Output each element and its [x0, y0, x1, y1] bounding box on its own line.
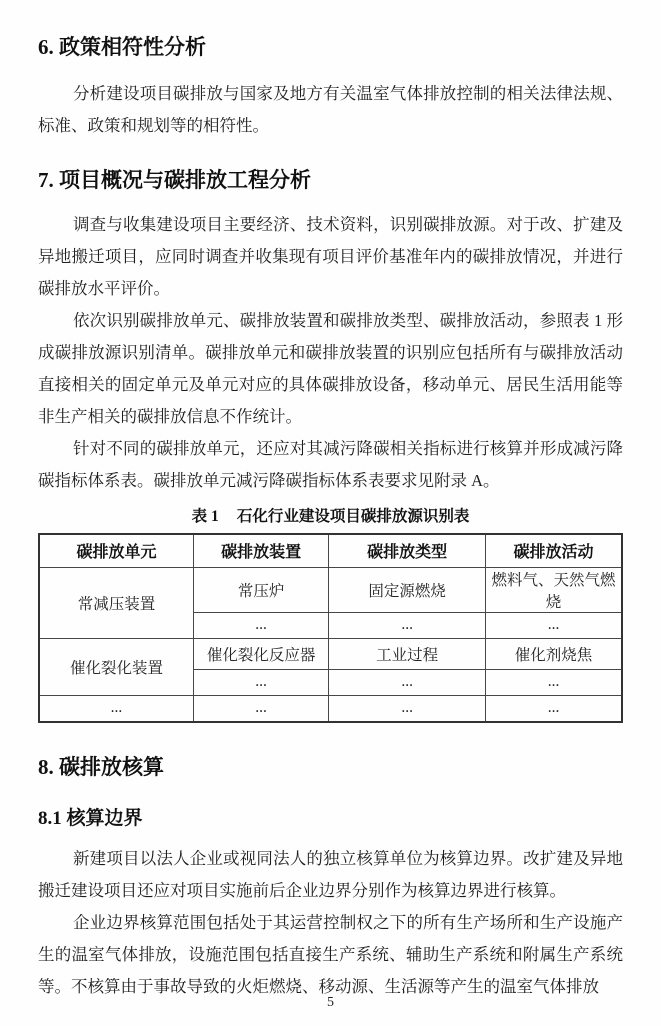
page-number: 5 — [0, 995, 661, 1011]
table-row: 催化裂化装置 催化裂化反应器 工业过程 催化剂烧焦 — [39, 638, 622, 669]
cell-type: ... — [329, 669, 486, 695]
cell-activity: ... — [486, 695, 622, 722]
section-8-1-paragraph-1: 新建项目以法人企业或视同法人的独立核算单位为核算边界。改扩建及异地搬迁建设项目还… — [38, 843, 623, 907]
column-header-device: 碳排放装置 — [193, 534, 328, 567]
cell-unit: ... — [39, 695, 193, 722]
table-1-caption-title: 石化行业建设项目碳排放源识别表 — [237, 508, 470, 525]
section-8-1-paragraph-2: 企业边界核算范围包括处于其运营控制权之下的所有生产场所和生产设施产生的温室气体排… — [38, 907, 623, 1003]
cell-type: ... — [329, 612, 486, 638]
cell-unit-2: 催化裂化装置 — [39, 638, 193, 695]
column-header-activity: 碳排放活动 — [486, 534, 622, 567]
table-row: 常减压装置 常压炉 固定源燃烧 燃料气、天然气燃烧 — [39, 567, 622, 612]
section-7-paragraph-1: 调查与收集建设项目主要经济、技术资料，识别碳排放源。对于改、扩建及异地搬迁项目，… — [38, 209, 623, 305]
table-row: ... ... ... ... — [39, 695, 622, 722]
table-1-caption-label: 表 1 — [192, 508, 219, 525]
emission-source-table: 碳排放单元 碳排放装置 碳排放类型 碳排放活动 常减压装置 常压炉 固定源燃烧 … — [38, 533, 623, 723]
table-header-row: 碳排放单元 碳排放装置 碳排放类型 碳排放活动 — [39, 534, 622, 567]
section-7-paragraph-2: 依次识别碳排放单元、碳排放装置和碳排放类型、碳排放活动，参照表 1 形成碳排放源… — [38, 305, 623, 433]
cell-activity: 燃料气、天然气燃烧 — [486, 567, 622, 612]
cell-unit-1: 常减压装置 — [39, 567, 193, 638]
table-1-caption: 表 1石化行业建设项目碳排放源识别表 — [38, 506, 623, 528]
section-7-heading: 7. 项目概况与碳排放工程分析 — [38, 166, 623, 194]
cell-device: ... — [193, 695, 328, 722]
column-header-unit: 碳排放单元 — [39, 534, 193, 567]
section-8-1-heading: 8.1 核算边界 — [38, 806, 623, 832]
section-6-paragraph: 分析建设项目碳排放与国家及地方有关温室气体排放控制的相关法律法规、标准、政策和规… — [38, 78, 623, 142]
column-header-type: 碳排放类型 — [329, 534, 486, 567]
cell-activity: ... — [486, 612, 622, 638]
document-page: 6. 政策相符性分析 分析建设项目碳排放与国家及地方有关温室气体排放控制的相关法… — [0, 0, 661, 1026]
section-6-heading: 6. 政策相符性分析 — [38, 33, 623, 61]
cell-type: 工业过程 — [329, 638, 486, 669]
cell-type: ... — [329, 695, 486, 722]
cell-activity: 催化剂烧焦 — [486, 638, 622, 669]
cell-device: ... — [193, 612, 328, 638]
cell-device: ... — [193, 669, 328, 695]
cell-device: 催化裂化反应器 — [193, 638, 328, 669]
section-8-heading: 8. 碳排放核算 — [38, 753, 623, 781]
cell-device: 常压炉 — [193, 567, 328, 612]
cell-type: 固定源燃烧 — [329, 567, 486, 612]
section-7-paragraph-3: 针对不同的碳排放单元，还应对其减污降碳相关指标进行核算并形成减污降碳指标体系表。… — [38, 433, 623, 497]
cell-activity: ... — [486, 669, 622, 695]
